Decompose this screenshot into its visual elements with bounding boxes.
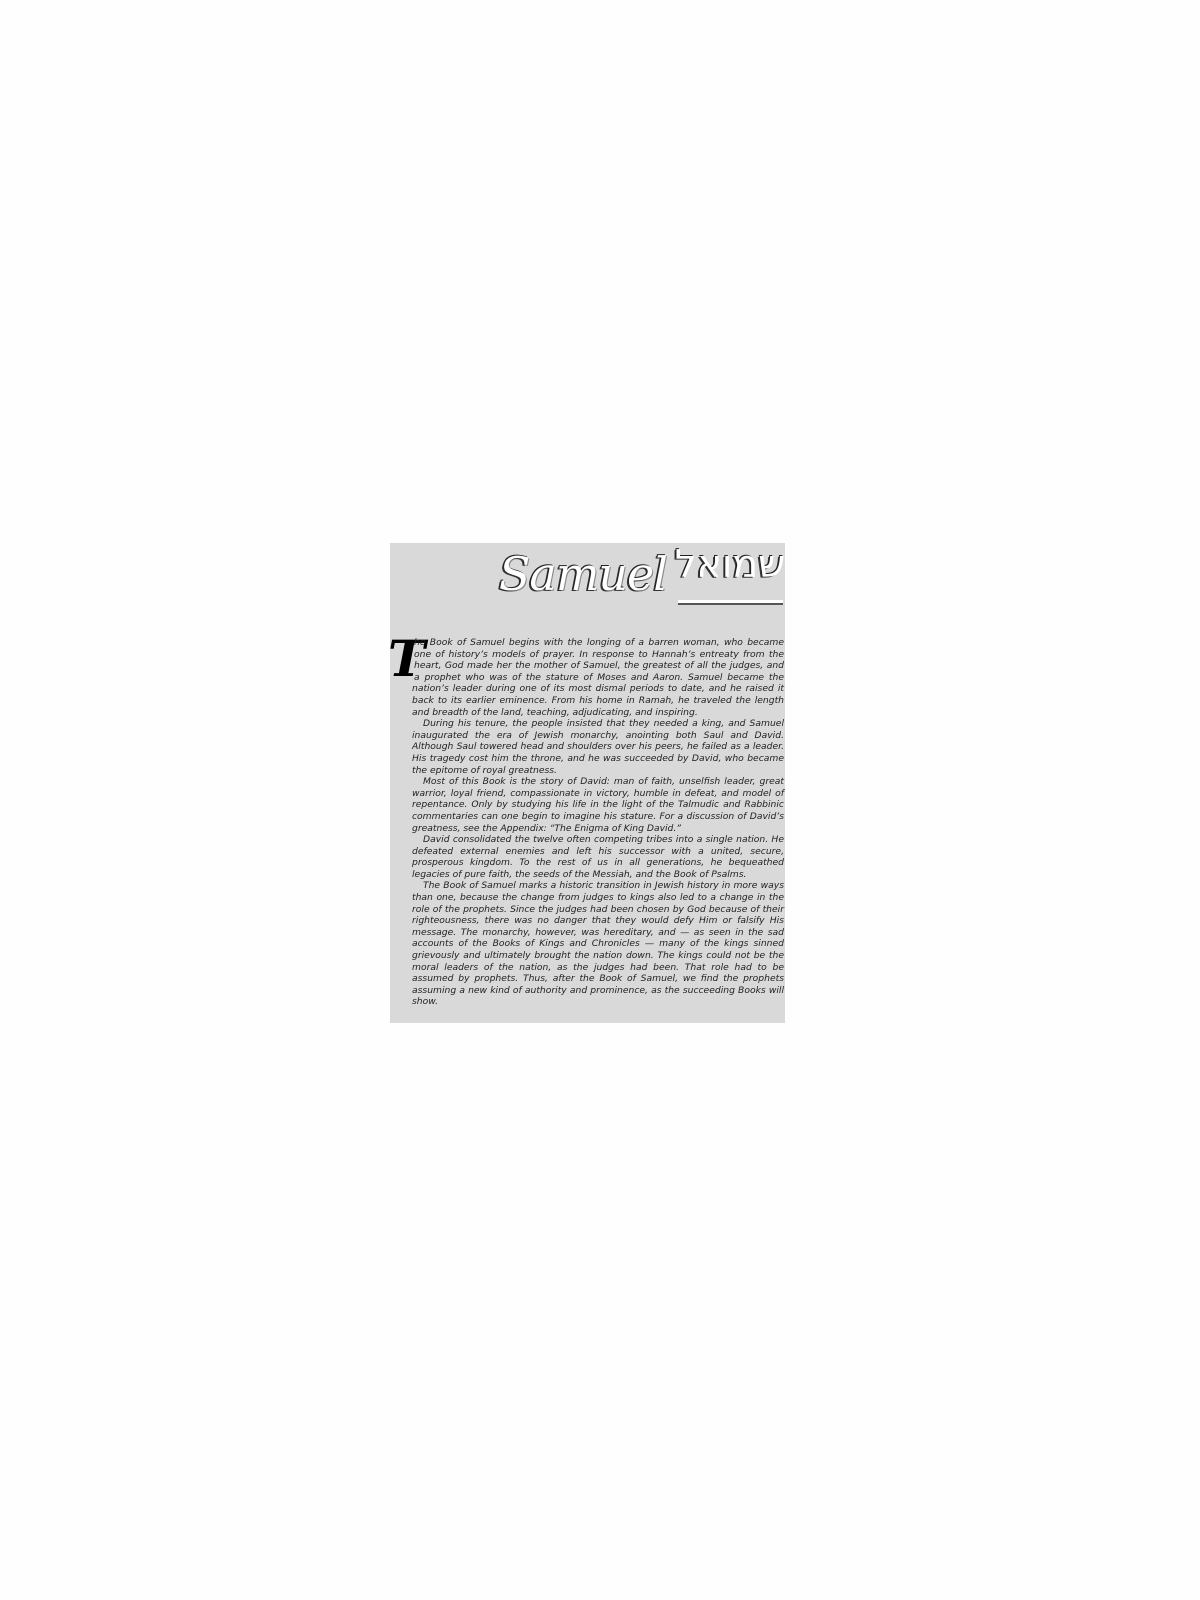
page-title-hebrew: שמואל bbox=[675, 545, 785, 583]
page-title-english: Samuel bbox=[499, 551, 667, 597]
paragraph-3: Most of this Book is the story of David:… bbox=[412, 776, 784, 834]
book-intro-page: Samuel שמואל The Book of Samuel begins w… bbox=[390, 543, 785, 1023]
paragraph-5: The Book of Samuel marks a historic tran… bbox=[412, 880, 784, 1008]
paragraph-1-text: he Book of Samuel begins with the longin… bbox=[412, 637, 784, 718]
paragraph-1: The Book of Samuel begins with the longi… bbox=[412, 637, 784, 718]
title-banner: Samuel שמואל bbox=[390, 543, 785, 613]
drop-cap: T bbox=[390, 639, 412, 679]
title-underline bbox=[678, 600, 783, 605]
paragraph-4: David consolidated the twelve often comp… bbox=[412, 834, 784, 880]
intro-body: The Book of Samuel begins with the longi… bbox=[412, 637, 784, 1008]
paragraph-2: During his tenure, the people insisted t… bbox=[412, 718, 784, 776]
